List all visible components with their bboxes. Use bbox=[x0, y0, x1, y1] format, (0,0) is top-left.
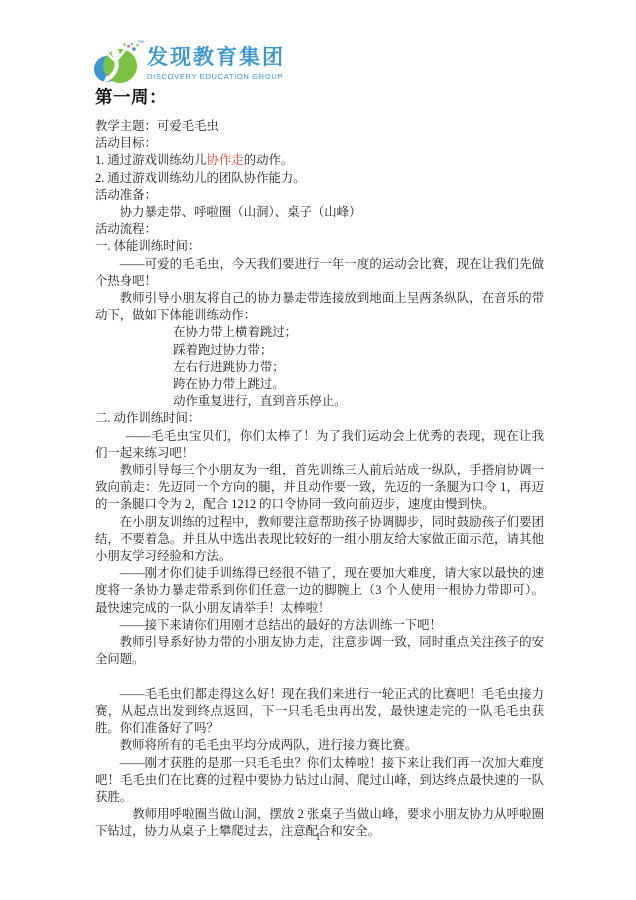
text-run: 左右行进跳协力带； bbox=[173, 360, 285, 374]
text-run: 教师引导系好协力带的小朋友协力走，注意步调一致，同时重点关注孩子的安全问题。 bbox=[95, 635, 544, 666]
text-run: 踩着跑过协力带； bbox=[173, 343, 272, 357]
paragraph: 动作重复进行，直到音乐停止。 bbox=[95, 393, 544, 410]
paragraph: ——接下来请你们用刚才总结出的最好的方法训练一下吧！ bbox=[95, 617, 544, 634]
text-run: 活动流程： bbox=[95, 222, 157, 236]
text-run: ——刚才获胜的是那一只毛毛虫？你们太棒啦！接下来让我们再一次加大难度吧！毛毛虫们… bbox=[95, 756, 544, 804]
document-page: ™ 发现教育集团 DISCOVERY EDUCATION GROUP 第一周： … bbox=[0, 0, 636, 900]
paragraph: 左右行进跳协力带； bbox=[95, 359, 544, 376]
paragraph: 教师引导小朋友将自己的协力暴走带连接放到地面上呈两条纵队，在音乐的带动下，做如下… bbox=[95, 290, 544, 324]
text-run: ——刚才你们徒手训练得已经很不错了，现在要加大难度，请大家以最快的速度将一条协力… bbox=[95, 566, 544, 614]
text-run: 活动目标： bbox=[95, 136, 157, 150]
text-run: 跨在协力带上跳过。 bbox=[173, 377, 285, 391]
logo: ™ 发现教育集团 DISCOVERY EDUCATION GROUP bbox=[94, 43, 285, 87]
paragraph: ——刚才获胜的是那一只毛毛虫？你们太棒啦！接下来让我们再一次加大难度吧！毛毛虫们… bbox=[95, 755, 544, 807]
text-run: 在小朋友训练的过程中，教师要注意帮助孩子协调脚步，同时鼓励孩子们要团结，不要着急… bbox=[95, 515, 544, 563]
text-run: ——接下来请你们用刚才总结出的最好的方法训练一下吧！ bbox=[120, 618, 442, 632]
paragraph: 教师引导系好协力带的小朋友协力走，注意步调一致，同时重点关注孩子的安全问题。 bbox=[95, 634, 544, 668]
paragraph: ——毛毛虫们都走得这么好！现在我们来进行一轮正式的比赛吧！毛毛虫接力赛，从起点出… bbox=[95, 686, 544, 738]
highlighted-text: 协作走 bbox=[207, 153, 244, 167]
paragraph: 在协力带上横着跳过； bbox=[95, 324, 544, 341]
text-run: 一. 体能训练时间： bbox=[95, 239, 200, 253]
text-run: 教师引导每三个小朋友为一组，首先训练三人前后站成一纵队，手搭肩协调一致向前走：先… bbox=[95, 463, 544, 511]
text-run: 协力暴走带、呼啦圈（山洞）、桌子（山峰） bbox=[120, 205, 362, 219]
text-run: 在协力带上横着跳过； bbox=[173, 325, 297, 339]
paragraph: ——毛毛虫宝贝们，你们太棒了！为了我们运动会上优秀的表现，现在让我们一起来练习吧… bbox=[95, 428, 544, 462]
section-heading: 第一周： bbox=[95, 86, 167, 108]
paragraph: 活动目标： bbox=[95, 135, 544, 152]
paragraph: 一. 体能训练时间： bbox=[95, 238, 544, 255]
paragraph: 教师将所有的毛毛虫平均分成两队，进行接力赛比赛。 bbox=[95, 737, 544, 754]
paragraph: ——刚才你们徒手训练得已经很不错了，现在要加大难度，请大家以最快的速度将一条协力… bbox=[95, 565, 544, 617]
text-run: 1. 通过游戏训练幼儿 bbox=[95, 153, 207, 167]
paragraph: 跨在协力带上跳过。 bbox=[95, 376, 544, 393]
paragraph: 活动准备： bbox=[95, 187, 544, 204]
paragraph: 活动流程： bbox=[95, 221, 544, 238]
blank-line bbox=[95, 669, 544, 686]
text-run: 教师将所有的毛毛虫平均分成两队，进行接力赛比赛。 bbox=[120, 738, 417, 752]
text-run: 活动准备： bbox=[95, 188, 157, 202]
paragraph: 踩着跑过协力带； bbox=[95, 342, 544, 359]
company-name-cn: 发现教育集团 bbox=[147, 46, 285, 69]
logo-text: 发现教育集团 DISCOVERY EDUCATION GROUP bbox=[147, 46, 285, 81]
paragraph: 二. 动作训练时间： bbox=[95, 410, 544, 427]
paragraph: 在小朋友训练的过程中，教师要注意帮助孩子协调脚步，同时鼓励孩子们要团结，不要着急… bbox=[95, 514, 544, 566]
document-body: 教学主题：可爱毛毛虫活动目标：1. 通过游戏训练幼儿协作走的动作。2. 通过游戏… bbox=[95, 118, 544, 841]
text-run: 动作重复进行，直到音乐停止。 bbox=[173, 394, 346, 408]
text-run: 教学主题：可爱毛毛虫 bbox=[95, 119, 219, 133]
paragraph: 协力暴走带、呼啦圈（山洞）、桌子（山峰） bbox=[95, 204, 544, 221]
company-name-en: DISCOVERY EDUCATION GROUP bbox=[147, 72, 285, 81]
paragraph: ——可爱的毛毛虫，今天我们要进行一年一度的运动会比赛，现在让我们先做个热身吧！ bbox=[95, 256, 544, 290]
text-run: 的动作。 bbox=[244, 153, 294, 167]
page-number: 1 bbox=[0, 831, 636, 843]
trademark-symbol: ™ bbox=[137, 40, 144, 47]
text-run: ——可爱的毛毛虫，今天我们要进行一年一度的运动会比赛，现在让我们先做个热身吧！ bbox=[95, 257, 544, 288]
paragraph: 教师引导每三个小朋友为一组，首先训练三人前后站成一纵队，手搭肩协调一致向前走：先… bbox=[95, 462, 544, 514]
text-run: ——毛毛虫宝贝们，你们太棒了！为了我们运动会上优秀的表现，现在让我们一起来练习吧… bbox=[95, 429, 544, 460]
paragraph: 2. 通过游戏训练幼儿的团队协作能力。 bbox=[95, 170, 544, 187]
company-logo-icon: ™ bbox=[94, 43, 140, 87]
paragraph: 教学主题：可爱毛毛虫 bbox=[95, 118, 544, 135]
text-run: 二. 动作训练时间： bbox=[95, 411, 200, 425]
text-run: 2. 通过游戏训练幼儿的团队协作能力。 bbox=[95, 171, 306, 185]
paragraph: 1. 通过游戏训练幼儿协作走的动作。 bbox=[95, 152, 544, 169]
text-run: 教师引导小朋友将自己的协力暴走带连接放到地面上呈两条纵队，在音乐的带动下，做如下… bbox=[95, 291, 544, 322]
text-run: ——毛毛虫们都走得这么好！现在我们来进行一轮正式的比赛吧！毛毛虫接力赛，从起点出… bbox=[95, 687, 544, 735]
